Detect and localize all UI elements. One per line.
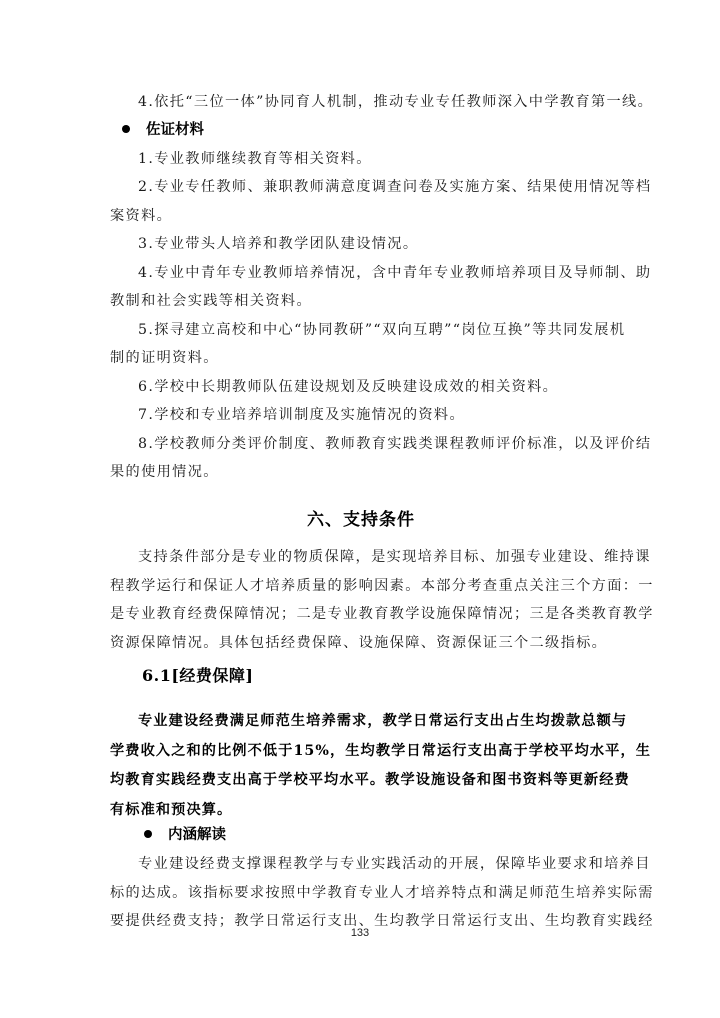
evidence-item-4-cont: 教制和社会实践等相关资料。 bbox=[110, 291, 612, 311]
section-intro-line-3: 是专业教育经费保障情况；二是专业教育教学设施保障情况；三是各类教育教学 bbox=[110, 604, 612, 624]
evidence-item-1: 1.专业教师继续教育等相关资料。 bbox=[110, 149, 640, 169]
evidence-item-6: 6.学校中长期教师队伍建设规划及反映建设成效的相关资料。 bbox=[110, 377, 640, 397]
page-number: 133 bbox=[0, 927, 720, 939]
bullet-icon bbox=[122, 125, 130, 133]
evidence-item-5: 5.探寻建立高校和中心“协同教研”“双向互聘”“岗位互换”等共同发展机 bbox=[110, 320, 640, 340]
evidence-heading-label: 佐证材料 bbox=[146, 121, 204, 138]
subsection-title: 6.1[经费保障] bbox=[142, 663, 253, 686]
evidence-item-7: 7.学校和专业培养培训制度及实施情况的资料。 bbox=[110, 405, 640, 425]
evidence-item-3: 3.专业带头人培养和教学团队建设情况。 bbox=[110, 234, 640, 254]
evidence-item-4: 4.专业中青年专业教师培养情况，含中青年专业教师培养项目及导师制、助 bbox=[110, 263, 640, 283]
interpretation-heading-label: 内涵解读 bbox=[168, 826, 226, 843]
evidence-item-2: 2.专业专任教师、兼职教师满意度调查问卷及实施方案、结果使用情况等档 bbox=[110, 177, 640, 197]
section-intro-line-1: 支持条件部分是专业的物质保障，是实现培养目标、加强专业建设、维持课 bbox=[110, 547, 640, 567]
evidence-item-2-cont: 案资料。 bbox=[110, 206, 612, 226]
section-title: 六、支持条件 bbox=[110, 505, 612, 530]
evidence-item-5-cont: 制的证明资料。 bbox=[110, 348, 612, 368]
standard-line-1: 专业建设经费满足师范生培养需求，教学日常运行支出占生均拨款总额与 bbox=[110, 711, 640, 731]
evidence-item-8: 8.学校教师分类评价制度、教师教育实践类课程教师评价标准，以及评价结 bbox=[110, 434, 640, 454]
interpretation-line-2: 标的达成。该指标要求按照中学教育专业人才培养特点和满足师范生培养实际需 bbox=[110, 883, 612, 903]
bullet-icon bbox=[144, 830, 152, 838]
standard-line-4: 有标准和预决算。 bbox=[110, 800, 612, 820]
paragraph-line: 4.依托“三位一体”协同育人机制，推动专业专任教师深入中学教育第一线。 bbox=[110, 92, 640, 112]
section-intro-line-2: 程教学运行和保证人才培养质量的影响因素。本部分考查重点关注三个方面：一 bbox=[110, 576, 612, 596]
interpretation-heading: 内涵解读 bbox=[110, 825, 226, 845]
interpretation-line-1: 专业建设经费支撑课程教学与专业实践活动的开展，保障毕业要求和培养目 bbox=[110, 854, 640, 874]
standard-line-2: 学费收入之和的比例不低于15%，生均教学日常运行支出高于学校平均水平，生 bbox=[110, 741, 612, 761]
evidence-item-8-cont: 果的使用情况。 bbox=[110, 462, 612, 482]
standard-line-3: 均教育实践经费支出高于学校平均水平。教学设施设备和图书资料等更新经费 bbox=[110, 770, 612, 790]
section-intro-line-4: 资源保障情况。具体包括经费保障、设施保障、资源保证三个二级指标。 bbox=[110, 633, 612, 653]
evidence-heading: 佐证材料 bbox=[110, 120, 204, 140]
